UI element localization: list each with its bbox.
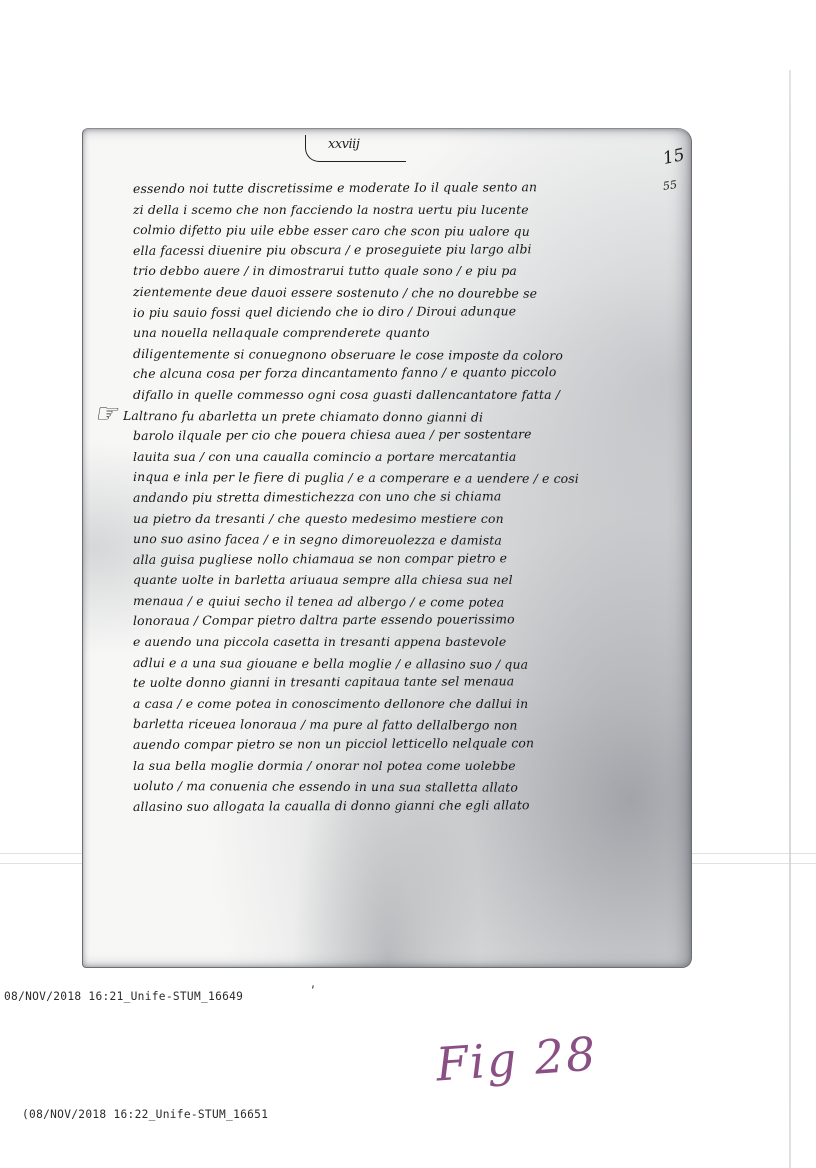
manuscript-line: quante uolte in barletta ariuaua sempre … [133, 570, 653, 591]
folio-subnumber: 55 [662, 178, 678, 193]
manuscript-text: essendo noi tutte discretissime e modera… [133, 179, 653, 817]
manuscript-line: a casa / e come potea in conoscimento de… [133, 694, 653, 715]
manuscript-line: lonoraua / Compar pietro daltra parte es… [133, 609, 653, 632]
manuscript-line: ella facessi diuenire piu obscura / e pr… [133, 239, 653, 262]
folio-number: 15 [661, 145, 686, 169]
manuscript-line: zi della i scemo che non facciendo la no… [133, 200, 653, 221]
manuscript-page: xxviij 15 55 ☞ essendo noi tutte discret… [82, 128, 692, 968]
manuscript-line: alla guisa pugliese nollo chiamaua se no… [133, 547, 653, 570]
marginal-pointing-hand-icon: ☞ [94, 399, 117, 429]
manuscript-line: la sua bella moglie dormia / onorar nol … [133, 756, 653, 777]
manuscript-line: difallo in quelle commesso ogni cosa gua… [133, 385, 653, 406]
figure-label: Fig 28 [434, 1026, 599, 1091]
page-header: xxviij [305, 135, 406, 162]
manuscript-line: trio debbo auere / in dimostrarui tutto … [133, 261, 653, 282]
manuscript-line: io piu sauio fossi quel diciendo che io … [133, 300, 653, 323]
page-header-title: xxviij [328, 137, 359, 152]
manuscript-line: andando piu stretta dimestichezza con un… [133, 486, 653, 509]
manuscript-line: te uolte donno gianni in tresanti capita… [133, 671, 653, 694]
manuscript-line: auendo compar pietro se non un picciol l… [133, 733, 653, 756]
manuscript-line: e auendo una piccola casetta in tresanti… [133, 632, 653, 653]
ink-mark: ͵ [311, 975, 315, 990]
manuscript-line: lauita sua / con una caualla comincio a … [133, 447, 653, 468]
manuscript-line: che alcuna cosa per forza dincantamento … [133, 362, 653, 385]
manuscript-line: allasino suo allogata la caualla di donn… [133, 795, 653, 818]
manuscript-line: ua pietro da tresanti / che questo medes… [133, 509, 653, 530]
manuscript-line: una nouella nellaquale comprenderete qua… [133, 323, 653, 344]
scan-stamp: 08/NOV/2018 16:21_Unife-STUM_16649 [4, 990, 243, 1003]
scan-stamp: (08/NOV/2018 16:22_Unife-STUM_16651 [22, 1108, 268, 1121]
manuscript-line: essendo noi tutte discretissime e modera… [133, 177, 653, 200]
manuscript-line: barolo ilquale per cio che pouera chiesa… [133, 424, 653, 447]
scan-edge [789, 70, 791, 1168]
